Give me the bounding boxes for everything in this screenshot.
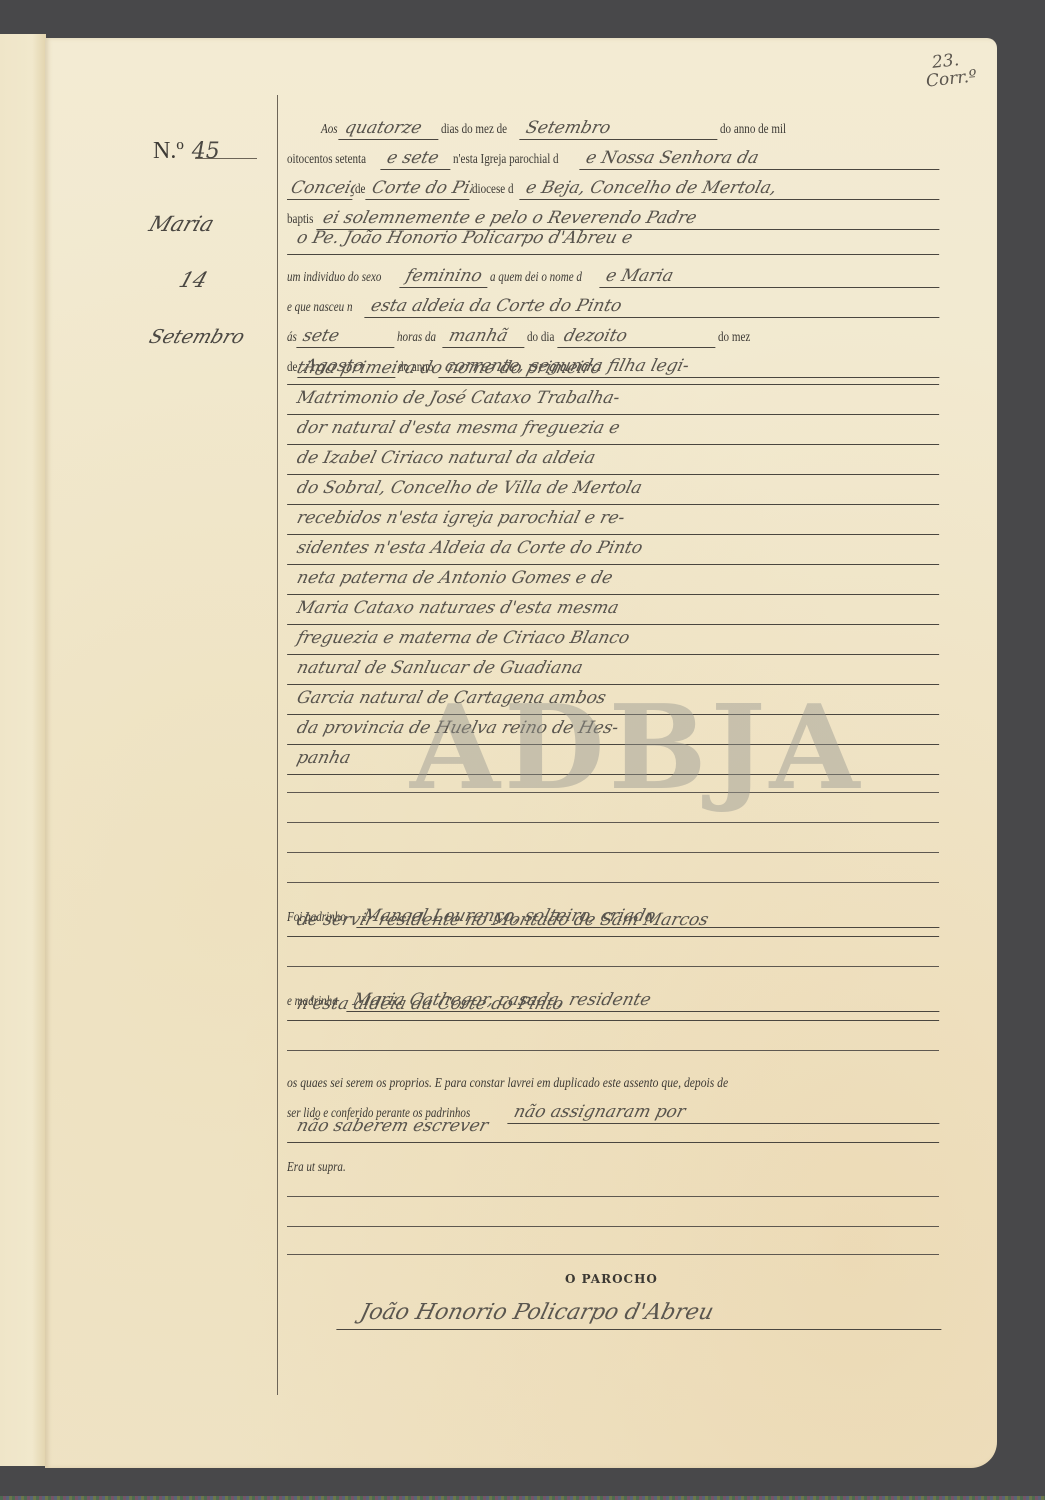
field-child-name: e Maria [599, 266, 942, 288]
text-line: Maria Cataxo naturaes d'esta mesma [287, 598, 946, 625]
blank-rule [287, 852, 939, 853]
blank-rule [287, 966, 939, 967]
entry-number-value: 45 [192, 139, 220, 164]
line-priest: o Pe. João Honorio Policarpo d'Abreu e [287, 228, 946, 255]
field-baptism-text: ei solemnemente e pelo o Reverendo Padre [317, 208, 942, 230]
line-birth-time: ás sete horas da manhã do dia dezoito do… [287, 320, 942, 348]
label-igreja: n'esta Igreja parochial d [453, 151, 559, 170]
label-diocese: diocese d [472, 181, 513, 200]
field-parish-cont: Conceição [287, 178, 358, 200]
field-birthplace: esta aldeia da Corte do Pinto [364, 296, 942, 318]
line-place-diocese: Conceição de Corte do Pinto diocese d e … [287, 172, 942, 200]
blank-rule [287, 1196, 939, 1197]
label-mez: do mez [718, 329, 750, 348]
field-place: Corte do Pinto [365, 178, 474, 200]
text-line: do Sobral, Concelho de Villa de Mertola [287, 478, 946, 505]
field-year: e sete [381, 148, 456, 170]
field-period: manhã [442, 326, 529, 348]
text-line: tima primeira do nome do primeiro [287, 358, 946, 385]
margin-name: Maria [146, 212, 217, 236]
blank-rule [287, 1254, 939, 1255]
line-era: Era ut supra. [287, 1150, 942, 1178]
line-birthplace: e que nasceu n esta aldeia da Corte do P… [287, 290, 942, 318]
field-parish: e Nossa Senhora da [579, 148, 942, 170]
field-diocese: e Beja, Concelho de Mertola, [520, 178, 942, 200]
line-godfather-cont: de servir residente no Montado de Sam Ma… [287, 910, 946, 937]
label-as: ás [287, 329, 297, 348]
field-sex: feminino [399, 266, 492, 288]
field-month: Setembro [519, 118, 722, 140]
margin-rule [277, 95, 278, 1395]
label-oitocentos: oitocentos setenta [287, 151, 366, 170]
line-year-parish: oitocentos setenta e sete n'esta Igreja … [287, 142, 942, 170]
text-line: freguezia e materna de Ciriaco Blanco [287, 628, 946, 655]
facing-page-edge [0, 34, 46, 1466]
label-de: de [355, 181, 365, 200]
calibration-strip [0, 1496, 1045, 1500]
label-dias: dias do mez de [441, 121, 507, 140]
blank-rule [287, 882, 939, 883]
text-line: neta paterna de Antonio Gomes e de [287, 568, 946, 595]
line-date: Aos quatorze dias do mez de Setembro do … [287, 112, 942, 140]
field-day: quatorze [339, 118, 444, 140]
line-closing-3: não saberem escrever [287, 1116, 946, 1143]
label-dia: do dia [527, 329, 554, 348]
field-hour: sete [296, 326, 399, 348]
blank-rule [287, 1226, 939, 1227]
label-sexo: um individuo do sexo [287, 269, 381, 288]
margin-month: Setembro [146, 326, 247, 348]
text-line: da provincia de Huelva reino de Hes- [287, 718, 946, 745]
entry-number-label: N.º [153, 138, 184, 164]
label-horas: horas da [397, 329, 436, 348]
line-closing-1: os quaes sei serem os proprios. E para c… [287, 1066, 967, 1094]
text-line: panha [287, 748, 946, 775]
text-line: recebidos n'esta igreja parochial e re- [287, 508, 946, 535]
text-line: Garcia natural de Cartagena ambos [287, 688, 946, 715]
line-baptism: baptis ei solemnemente e pelo o Reverend… [287, 202, 942, 230]
label-era-ut-supra: Era ut supra. [287, 1159, 346, 1178]
line-godmother-cont: n'esta aldeia da Corte do Pinto [287, 994, 946, 1021]
priest-signature: João Honorio Policarpo d'Abreu [336, 1300, 948, 1330]
label-aos: Aos [321, 121, 338, 140]
text-line: Matrimonio de José Cataxo Trabalha- [287, 388, 946, 415]
blank-rule [287, 1050, 939, 1051]
text-line: de Izabel Ciriaco natural da aldeia [287, 448, 946, 475]
blank-rule [287, 792, 939, 793]
parocho-label: O PAROCHO [565, 1272, 658, 1286]
label-nome: a quem dei o nome d [490, 269, 582, 288]
entry-number: N.º45 [153, 138, 220, 165]
field-birth-day: dezoito [557, 326, 720, 348]
label-closing: os quaes sei serem os proprios. E para c… [287, 1075, 728, 1094]
text-line: natural de Sanlucar de Guadiana [287, 658, 946, 685]
label-anno: do anno de mil [720, 121, 786, 140]
line-sex-name: um individuo do sexo feminino a quem dei… [287, 260, 942, 288]
blank-rule [287, 822, 939, 823]
text-line: sidentes n'esta Aldeia da Corte do Pinto [287, 538, 946, 565]
text-line: dor natural d'esta mesma freguezia e [287, 418, 946, 445]
folio-number: 23. Corr.º [923, 49, 978, 90]
label-nasceu: e que nasceu n [287, 299, 352, 318]
